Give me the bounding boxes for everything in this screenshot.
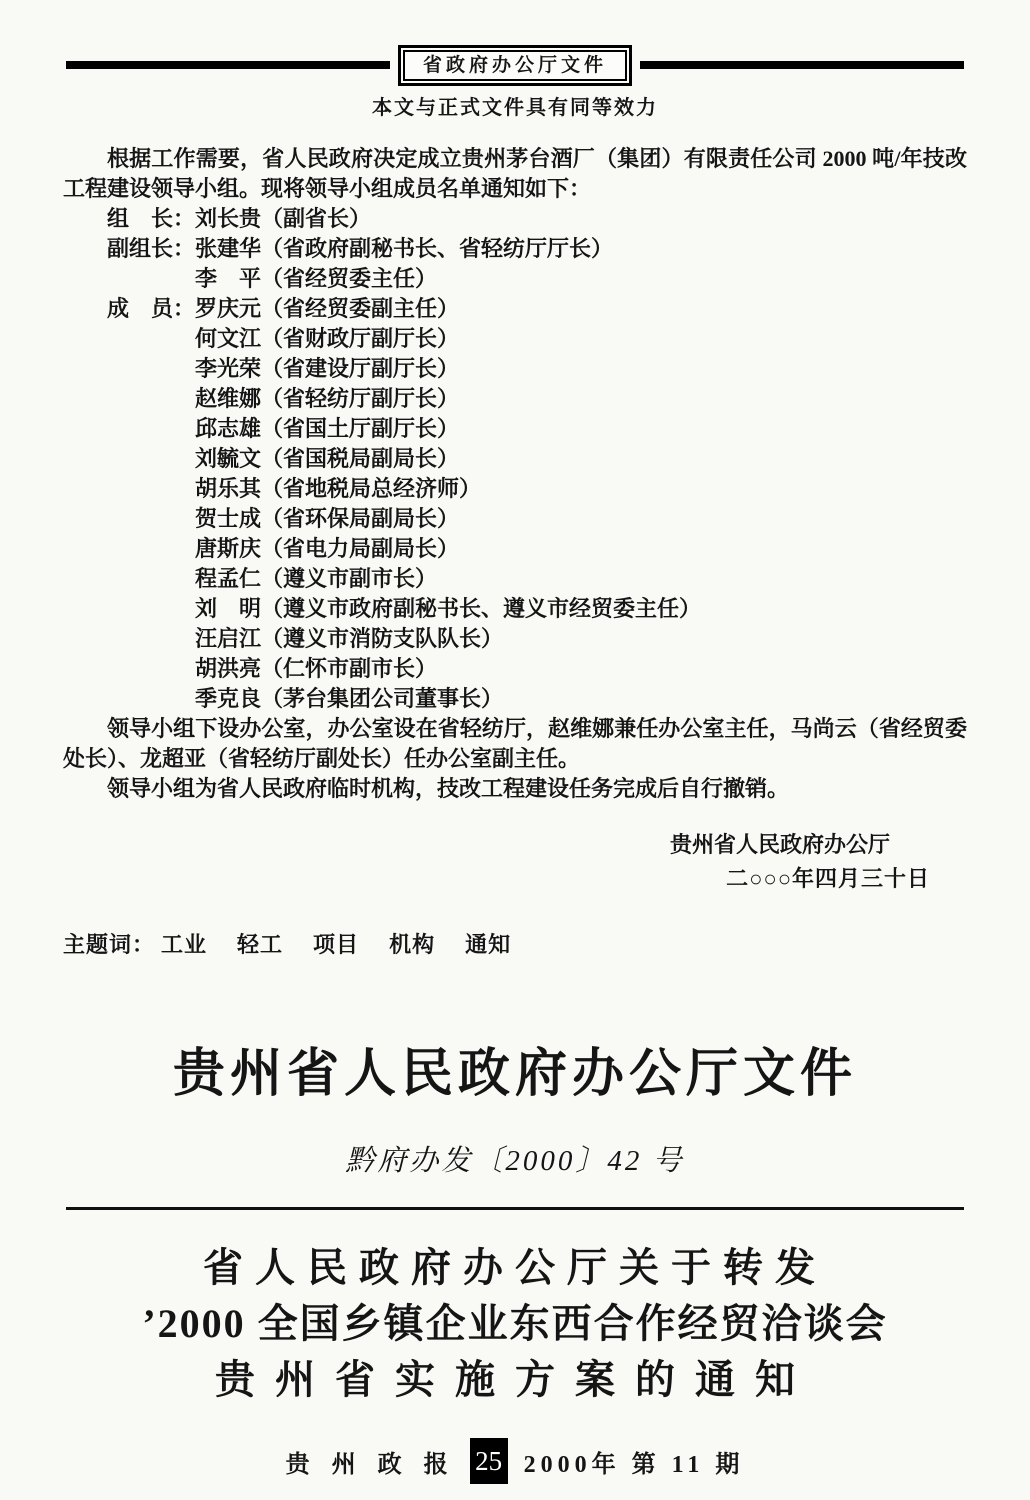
office-paragraph: 领导小组下设办公室，办公室设在省轻纺厅，赵维娜兼任办公室主任，马尚云（省经贸委处… bbox=[63, 714, 967, 774]
member-name: 汪启江（遵义市消防支队队长） bbox=[195, 624, 967, 654]
gazette-masthead-title: 贵州省人民政府办公厅文件 bbox=[0, 1044, 1030, 1106]
sign-date: 二○○○年四月三十日 bbox=[63, 862, 930, 896]
member-name: 张建华（省政府副秘书长、省轻纺厅厅长） bbox=[195, 234, 967, 264]
role-label: 组 长： bbox=[107, 204, 195, 234]
member-name: 胡乐其（省地税局总经济师） bbox=[195, 474, 967, 504]
keyword-item: 轻工 bbox=[237, 932, 283, 957]
equivalence-note: 本文与正式文件具有同等效力 bbox=[0, 91, 1030, 120]
roster-row-members: 成 员： 罗庆元（省经贸委副主任） 何文江（省财政厅副厅长） 李光荣（省建设厅副… bbox=[107, 294, 967, 714]
signature-block: 贵州省人民政府办公厅 二○○○年四月三十日 bbox=[63, 828, 967, 896]
member-name: 程孟仁（遵义市副市长） bbox=[195, 564, 967, 594]
role-label: 成 员： bbox=[107, 294, 195, 324]
roster-row-deputy-leaders: 副组长： 张建华（省政府副秘书长、省轻纺厅厅长） 李 平（省经贸委主任） bbox=[107, 234, 967, 294]
member-name: 刘长贵（副省长） bbox=[195, 204, 967, 234]
role-names: 罗庆元（省经贸委副主任） 何文江（省财政厅副厅长） 李光荣（省建设厅副厅长） 赵… bbox=[195, 294, 967, 714]
member-name: 罗庆元（省经贸委副主任） bbox=[195, 294, 967, 324]
signer-name: 贵州省人民政府办公厅 bbox=[63, 828, 890, 862]
masthead-rule-right bbox=[640, 61, 964, 69]
member-name: 胡洪亮（仁怀市副市长） bbox=[195, 654, 967, 684]
document-body: 根据工作需要，省人民政府决定成立贵州茅台酒厂（集团）有限责任公司 2000 吨/… bbox=[63, 144, 967, 960]
member-name: 李光荣（省建设厅副厅长） bbox=[195, 354, 967, 384]
member-name: 刘毓文（省国税局副局长） bbox=[195, 444, 967, 474]
roster-row-leader: 组 长： 刘长贵（副省长） bbox=[107, 204, 967, 234]
role-names: 刘长贵（副省长） bbox=[195, 204, 967, 234]
divider-rule bbox=[66, 1207, 964, 1210]
notice-title: 省人民政府办公厅关于转发 ’2000 全国乡镇企业东西合作经贸洽谈会 贵州省实施… bbox=[0, 1240, 1030, 1408]
role-label: 副组长： bbox=[107, 234, 195, 264]
member-name: 贺士成（省环保局副局长） bbox=[195, 504, 967, 534]
dissolution-paragraph: 领导小组为省人民政府临时机构，技改工程建设任务完成后自行撤销。 bbox=[63, 774, 967, 804]
member-name: 唐斯庆（省电力局副局长） bbox=[195, 534, 967, 564]
document-number: 黔府办发〔2000〕42 号 bbox=[0, 1138, 1030, 1179]
member-name: 邱志雄（省国土厅副厅长） bbox=[195, 414, 967, 444]
keyword-item: 机构 bbox=[389, 932, 435, 957]
gazette-page: 省政府办公厅文件 本文与正式文件具有同等效力 根据工作需要，省人民政府决定成立贵… bbox=[0, 0, 1030, 1500]
intro-paragraph: 根据工作需要，省人民政府决定成立贵州茅台酒厂（集团）有限责任公司 2000 吨/… bbox=[63, 144, 967, 204]
member-name: 李 平（省经贸委主任） bbox=[195, 264, 967, 294]
page-number-box: 25 bbox=[470, 1438, 508, 1484]
keywords-label: 主题词： bbox=[63, 932, 155, 957]
notice-title-line-1: 省人民政府办公厅关于转发 bbox=[0, 1240, 1030, 1296]
keyword-item: 工业 bbox=[161, 932, 207, 957]
keywords-line: 主题词：工业轻工项目机构通知 bbox=[63, 930, 967, 960]
keyword-item: 项目 bbox=[313, 932, 359, 957]
notice-title-line-3: 贵州省实施方案的通知 bbox=[0, 1352, 1030, 1408]
member-name: 季克良（茅台集团公司董事长） bbox=[195, 684, 967, 714]
issue-info: 2000年 第 11 期 bbox=[524, 1444, 745, 1479]
masthead-box: 省政府办公厅文件 bbox=[398, 45, 632, 86]
notice-title-line-2: ’2000 全国乡镇企业东西合作经贸洽谈会 bbox=[0, 1296, 1030, 1352]
masthead-box-label: 省政府办公厅文件 bbox=[403, 50, 627, 81]
member-name: 何文江（省财政厅副厅长） bbox=[195, 324, 967, 354]
masthead-rule-left bbox=[66, 61, 390, 69]
keyword-item: 通知 bbox=[465, 932, 511, 957]
member-name: 刘 明（遵义市政府副秘书长、遵义市经贸委主任） bbox=[195, 594, 967, 624]
role-names: 张建华（省政府副秘书长、省轻纺厅厅长） 李 平（省经贸委主任） bbox=[195, 234, 967, 294]
page-footer: 贵州政报 25 2000年 第 11 期 bbox=[0, 1438, 1030, 1484]
masthead-strip: 省政府办公厅文件 bbox=[0, 46, 1030, 84]
member-name: 赵维娜（省轻纺厅副厅长） bbox=[195, 384, 967, 414]
journal-name: 贵州政报 bbox=[286, 1444, 470, 1479]
leadership-roster: 组 长： 刘长贵（副省长） 副组长： 张建华（省政府副秘书长、省轻纺厅厅长） 李… bbox=[107, 204, 967, 714]
